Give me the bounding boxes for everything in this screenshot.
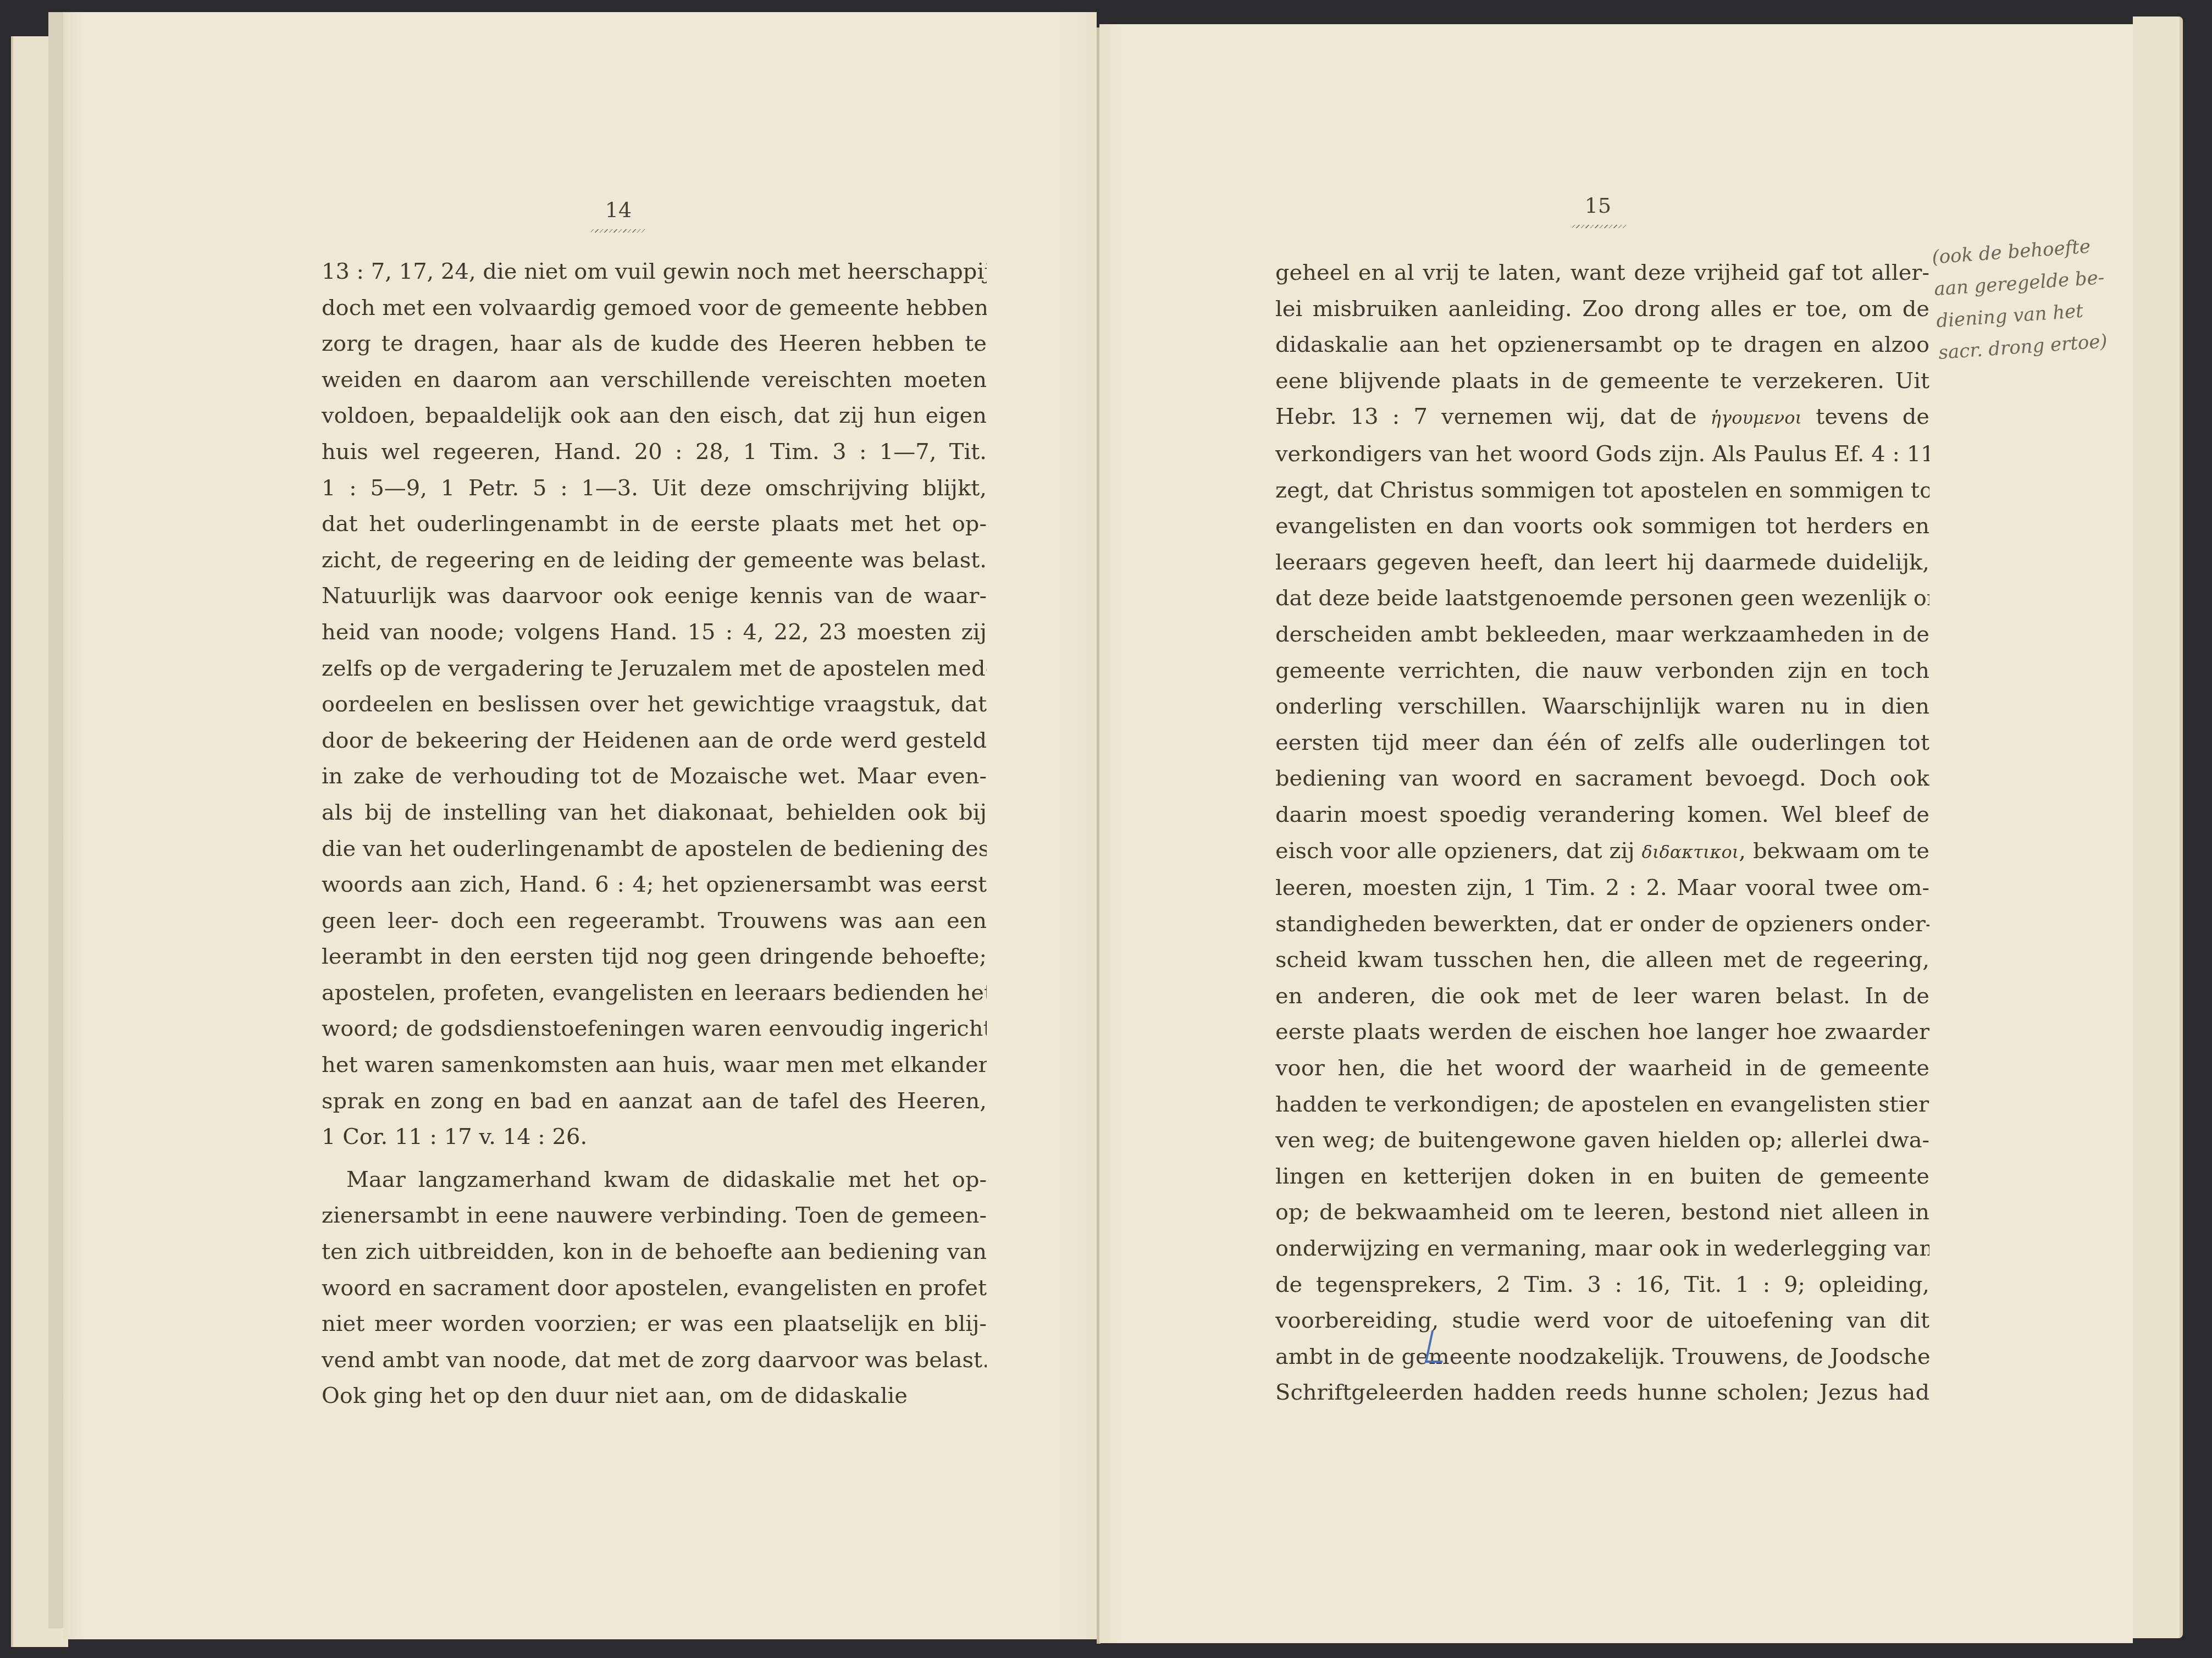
text-line: scheid kwam tusschen hen, die alleen met… xyxy=(1275,942,1929,979)
handwritten-margin-note: (ook de behoefte aan geregelde be- dieni… xyxy=(1931,226,2164,369)
text-line: woord; de godsdienstoefeningen waren een… xyxy=(322,1011,987,1047)
text-line: weiden en daarom aan verschillende verei… xyxy=(322,362,987,399)
text-line: en anderen, die ook met de leer waren be… xyxy=(1275,979,1929,1015)
text-line: leerambt in den eersten tijd nog geen dr… xyxy=(322,939,987,975)
text-line: als bij de instelling van het diakonaat,… xyxy=(322,795,987,831)
text-line: zelfs op de vergadering te Jeruzalem met… xyxy=(322,651,987,687)
text-line: leeren, moesten zijn, 1 Tim. 2 : 2. Maar… xyxy=(1275,870,1929,907)
text-line: zienersambt in eene nauwere verbinding. … xyxy=(322,1198,987,1234)
text-line: huis wel regeeren, Hand. 20 : 28, 1 Tim.… xyxy=(322,434,987,471)
text-line: Hebr. 13 : 7 vernemen wij, dat de ἡγουμε… xyxy=(1275,399,1929,436)
page-shadow xyxy=(48,12,65,1628)
text-line: woord en sacrament door apostelen, evang… xyxy=(322,1270,987,1307)
right-page-body: geheel en al vrij te laten, want deze vr… xyxy=(1275,255,1929,1411)
greek-term: διδακτικοι xyxy=(1642,842,1739,863)
text-line: die van het ouderlingenambt de apostelen… xyxy=(322,831,987,867)
text-line: Natuurlijk was daarvoor ook eenige kenni… xyxy=(322,578,987,615)
text-line: eersten tijd meer dan één of zelfs alle … xyxy=(1275,725,1929,761)
text-line: ambt in de gemeente noodzakelijk. Trouwe… xyxy=(1275,1339,1929,1375)
text-line: lingen en ketterijen doken in en buiten … xyxy=(1275,1159,1929,1195)
text-line: 1 Cor. 11 : 17 v. 14 : 26. xyxy=(322,1119,987,1156)
text-line: niet meer worden voorzien; er was een pl… xyxy=(322,1306,987,1342)
text-line: geen leer- doch een regeerambt. Trouwens… xyxy=(322,903,987,939)
text-line: derscheiden ambt bekleeden, maar werkzaa… xyxy=(1275,617,1929,653)
text-line: bediening van woord en sacrament bevoegd… xyxy=(1275,761,1929,797)
left-page: 14 13 : 7, 17, 24, die niet om vuil gewi… xyxy=(63,12,1097,1639)
page-number-right: 15 xyxy=(1543,194,1653,218)
text-line: zicht, de regeering en de leiding der ge… xyxy=(322,543,987,579)
text-line: onderwijzing en vermaning, maar ook in w… xyxy=(1275,1231,1929,1267)
text-line: verkondigers van het woord Gods zijn. Al… xyxy=(1275,436,1929,473)
text-line: woords aan zich, Hand. 6 : 4; het opzien… xyxy=(322,867,987,903)
text-line: voorbereiding, studie werd voor de uitoe… xyxy=(1275,1303,1929,1339)
text-line: dat het ouderlingenambt in de eerste pla… xyxy=(322,506,987,543)
text-line: apostelen, profeten, evangelisten en lee… xyxy=(322,975,987,1012)
text-line: evangelisten en dan voorts ook sommigen … xyxy=(1275,509,1929,545)
text-line: in zake de verhouding tot de Mozaische w… xyxy=(322,759,987,795)
text-line: Maar langzamerhand kwam de didaskalie me… xyxy=(322,1162,987,1198)
text-line: door de bekeering der Heidenen aan de or… xyxy=(322,723,987,759)
folio-ornament xyxy=(1572,225,1627,228)
text-line: 1 : 5—9, 1 Petr. 5 : 1—3. Uit deze omsch… xyxy=(322,471,987,507)
text-line: vend ambt van noode, dat met de zorg daa… xyxy=(322,1342,987,1379)
text-line: leeraars gegeven heeft, dan leert hij da… xyxy=(1275,545,1929,581)
text-line: eene blijvende plaats in de gemeente te … xyxy=(1275,363,1929,400)
text-line: hadden te verkondigen; de apostelen en e… xyxy=(1275,1087,1929,1123)
folio-ornament xyxy=(591,229,646,233)
text-line: geheel en al vrij te laten, want deze vr… xyxy=(1275,255,1929,291)
text-line: voor hen, die het woord der waarheid in … xyxy=(1275,1051,1929,1087)
text-line: didaskalie aan het opzienersambt op te d… xyxy=(1275,327,1929,363)
text-line: ven weg; de buitengewone gaven hielden o… xyxy=(1275,1123,1929,1159)
left-page-body: 13 : 7, 17, 24, die niet om vuil gewin n… xyxy=(322,254,987,1414)
text-line: standigheden bewerkten, dat er onder de … xyxy=(1275,907,1929,943)
text-line: ten zich uitbreidden, kon in de behoefte… xyxy=(322,1234,987,1270)
text-line: 13 : 7, 17, 24, die niet om vuil gewin n… xyxy=(322,254,987,290)
text-line: heid van noode; volgens Hand. 15 : 4, 22… xyxy=(322,615,987,651)
text-line: gemeente verrichten, die nauw verbonden … xyxy=(1275,653,1929,689)
text-line: op; de bekwaamheid om te leeren, bestond… xyxy=(1275,1195,1929,1231)
text-line: zorg te dragen, haar als de kudde des He… xyxy=(322,326,987,362)
text-line: oordeelen en beslissen over het gewichti… xyxy=(322,687,987,723)
text-line: het waren samenkomsten aan huis, waar me… xyxy=(322,1047,987,1084)
text-line: onderling verschillen. Waarschijnlijk wa… xyxy=(1275,689,1929,725)
greek-term: ἡγουμενοι xyxy=(1711,407,1802,428)
text-line: voldoen, bepaaldelijk ook aan den eisch,… xyxy=(322,398,987,434)
text-line: eerste plaats werden de eischen hoe lang… xyxy=(1275,1014,1929,1051)
text-line: doch met een volvaardig gemoed voor de g… xyxy=(322,290,987,327)
text-line: sprak en zong en bad en aanzat aan de ta… xyxy=(322,1084,987,1120)
page-number-left: 14 xyxy=(563,198,673,222)
text-line: eisch voor alle opzieners, dat zij διδακ… xyxy=(1275,833,1929,871)
text-line: lei misbruiken aanleiding. Zoo drong all… xyxy=(1275,291,1929,328)
text-line: dat deze beide laatstgenoemde personen g… xyxy=(1275,581,1929,617)
text-line: zegt, dat Christus sommigen tot apostele… xyxy=(1275,473,1929,509)
text-line: de tegensprekers, 2 Tim. 3 : 16, Tit. 1 … xyxy=(1275,1267,1929,1303)
text-line: daarin moest spoedig verandering komen. … xyxy=(1275,797,1929,833)
text-line: Schriftgeleerden hadden reeds hunne scho… xyxy=(1275,1375,1929,1411)
text-line: Ook ging het op den duur niet aan, om de… xyxy=(322,1378,987,1414)
